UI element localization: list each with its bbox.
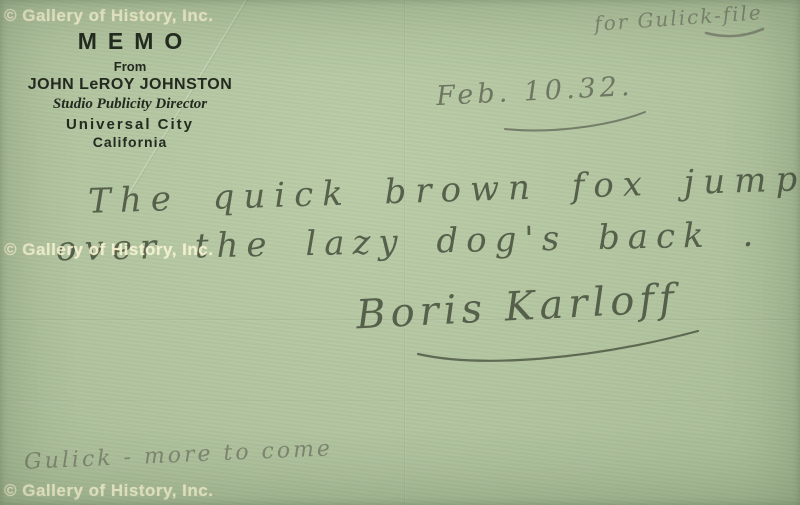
signature-underline	[418, 331, 698, 361]
watermark-top-left: © Gallery of History, Inc.	[4, 6, 213, 26]
signature-boris-karloff: Boris Karloff	[355, 276, 680, 339]
annotation-bottom-note: Gulick - more to come	[24, 436, 334, 474]
memo-scan-page: MEMO From JOHN LeROY JOHNSTON Studio Pub…	[0, 0, 800, 505]
letterhead-block: MEMO From JOHN LeROY JOHNSTON Studio Pub…	[10, 28, 250, 150]
letterhead-city: Universal City	[10, 116, 250, 133]
letterhead-name: JOHN LeROY JOHNSTON	[10, 76, 250, 94]
handwriting-line-1: The quick brown fox jumps	[88, 158, 800, 221]
letterhead-role: Studio Publicity Director	[10, 96, 250, 113]
date-underline	[505, 112, 645, 130]
top-right-underline	[706, 29, 763, 36]
annotation-date: Feb. 10.32.	[435, 71, 634, 112]
letterhead-from-label: From	[10, 59, 250, 74]
horizontal-fold-crease-faint	[0, 400, 800, 402]
letterhead-state: California	[10, 134, 250, 150]
watermark-bottom-left: © Gallery of History, Inc.	[4, 481, 213, 501]
memo-title: MEMO	[21, 28, 250, 55]
annotation-top-right: for Gulick-file	[593, 0, 763, 36]
watermark-middle-left: © Gallery of History, Inc.	[4, 240, 213, 260]
